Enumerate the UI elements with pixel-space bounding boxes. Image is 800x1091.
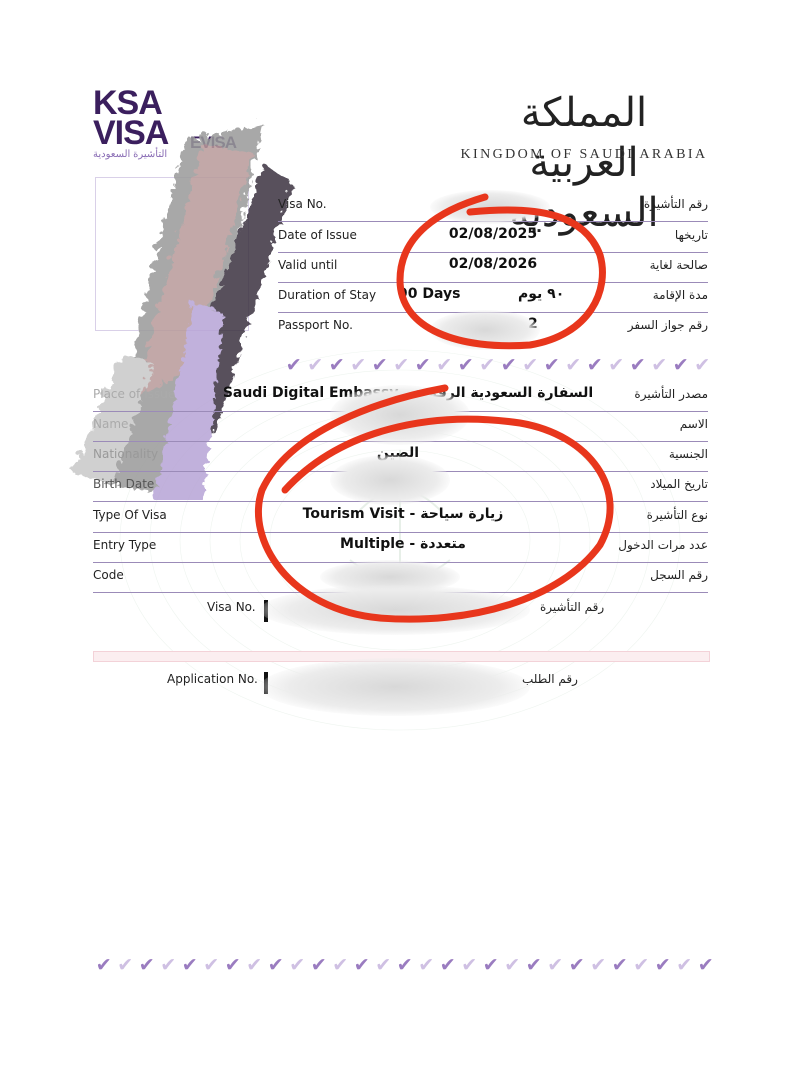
label-ar: مدة الإقامة (653, 288, 708, 302)
row-type-of-visa: Type Of Visa Tourism Visit - زيارة سياحة… (93, 502, 708, 533)
label-en: Valid until (278, 258, 337, 272)
label-en: Visa No. (278, 197, 327, 211)
check-icon: ✔ (627, 355, 649, 375)
redaction-blur (330, 455, 450, 505)
value-ar: ٩٠ يوم (518, 286, 564, 302)
label-ar: صالحة لغاية (650, 258, 708, 272)
label-ar: الجنسية (669, 447, 708, 461)
value: 02/08/2025 (388, 226, 598, 242)
check-icon: ✔ (244, 955, 266, 975)
value: 90 Days (398, 286, 460, 302)
check-icon: ✔ (563, 355, 585, 375)
check-icon: ✔ (455, 355, 477, 375)
check-icon: ✔ (520, 355, 542, 375)
check-icon: ✔ (179, 955, 201, 975)
check-icon: ✔ (348, 355, 370, 375)
check-icon: ✔ (201, 955, 223, 975)
kingdom-english-title: KINGDOM OF SAUDI ARABIA (460, 147, 708, 163)
label-en: Passport No. (278, 318, 353, 332)
check-icon: ✔ (523, 955, 545, 975)
check-icon: ✔ (136, 955, 158, 975)
check-icon: ✔ (541, 355, 563, 375)
check-icon: ✔ (674, 955, 696, 975)
check-icon: ✔ (588, 955, 610, 975)
check-icon: ✔ (480, 955, 502, 975)
check-icon: ✔ (649, 355, 671, 375)
label-en: Type Of Visa (93, 508, 167, 522)
check-icon: ✔ (631, 955, 653, 975)
label-ar: تاريخ الميلاد (650, 477, 708, 491)
visa-no-barcode-label-ar: رقم التأشيرة (540, 600, 604, 614)
check-icon: ✔ (652, 955, 674, 975)
label-en: Birth Date (93, 477, 154, 491)
row-valid-until: Valid until 02/08/2026 صالحة لغاية (278, 252, 708, 283)
check-icon: ✔ (351, 955, 373, 975)
check-icon: ✔ (93, 955, 115, 975)
redaction-blur (430, 190, 550, 224)
check-icon: ✔ (158, 955, 180, 975)
check-icon: ✔ (115, 955, 137, 975)
label-en: Place of Issue (93, 387, 175, 401)
label-ar: رقم التأشيرة (644, 197, 708, 211)
label-ar: رقم جواز السفر (628, 318, 708, 332)
check-icon: ✔ (330, 955, 352, 975)
check-icon: ✔ (373, 955, 395, 975)
label-en: Code (93, 568, 124, 582)
label-en: Entry Type (93, 538, 156, 552)
check-icon: ✔ (459, 955, 481, 975)
label-ar: نوع التأشيرة (647, 508, 708, 522)
decorative-check-strip-bottom: ✔✔✔✔✔✔✔✔✔✔✔✔✔✔✔✔✔✔✔✔✔✔✔✔✔✔✔✔✔ (93, 955, 717, 975)
check-icon: ✔ (326, 355, 348, 375)
check-icon: ✔ (477, 355, 499, 375)
label-ar: الاسم (680, 417, 708, 431)
redaction-blur (260, 658, 530, 716)
application-no-label-ar: رقم الطلب (522, 672, 578, 686)
value: 02/08/2026 (388, 256, 598, 272)
check-icon: ✔ (287, 955, 309, 975)
check-icon: ✔ (584, 355, 606, 375)
row-entry-type: Entry Type Multiple - متعددة عدد مرات ال… (93, 532, 708, 563)
check-icon: ✔ (222, 955, 244, 975)
redaction-blur (430, 310, 540, 350)
label-en: Name (93, 417, 128, 431)
check-icon: ✔ (434, 355, 456, 375)
check-icon: ✔ (670, 355, 692, 375)
check-icon: ✔ (545, 955, 567, 975)
label-en: Duration of Stay (278, 288, 376, 302)
row-duration: Duration of Stay 90 Days ٩٠ يوم مدة الإق… (278, 282, 708, 313)
label-ar: عدد مرات الدخول (618, 538, 708, 552)
check-icon: ✔ (391, 355, 413, 375)
value: Multiple - متعددة (203, 536, 603, 552)
row-date-of-issue: Date of Issue 02/08/2025 تاريخها (278, 222, 708, 253)
value: Tourism Visit - زيارة سياحة (203, 506, 603, 522)
redaction-blur (260, 585, 530, 635)
label-ar: رقم السجل (650, 568, 708, 582)
check-icon: ✔ (394, 955, 416, 975)
label-ar: تاريخها (675, 228, 708, 242)
label-ar: مصدر التأشيرة (634, 387, 708, 401)
decorative-check-strip: ✔✔✔✔✔✔✔✔✔✔✔✔✔✔✔✔✔✔✔✔ (283, 355, 713, 375)
application-no-label: Application No. (167, 672, 258, 686)
check-icon: ✔ (283, 355, 305, 375)
label-en: Nationality (93, 447, 158, 461)
check-icon: ✔ (498, 355, 520, 375)
check-icon: ✔ (416, 955, 438, 975)
check-icon: ✔ (692, 355, 714, 375)
check-icon: ✔ (305, 355, 327, 375)
check-icon: ✔ (566, 955, 588, 975)
check-icon: ✔ (606, 355, 628, 375)
check-icon: ✔ (502, 955, 524, 975)
visa-no-barcode-label: Visa No. (207, 600, 256, 614)
check-icon: ✔ (308, 955, 330, 975)
check-icon: ✔ (609, 955, 631, 975)
redaction-blur (330, 385, 470, 445)
check-icon: ✔ (369, 355, 391, 375)
check-icon: ✔ (695, 955, 717, 975)
check-icon: ✔ (437, 955, 459, 975)
check-icon: ✔ (412, 355, 434, 375)
label-en: Date of Issue (278, 228, 357, 242)
check-icon: ✔ (265, 955, 287, 975)
